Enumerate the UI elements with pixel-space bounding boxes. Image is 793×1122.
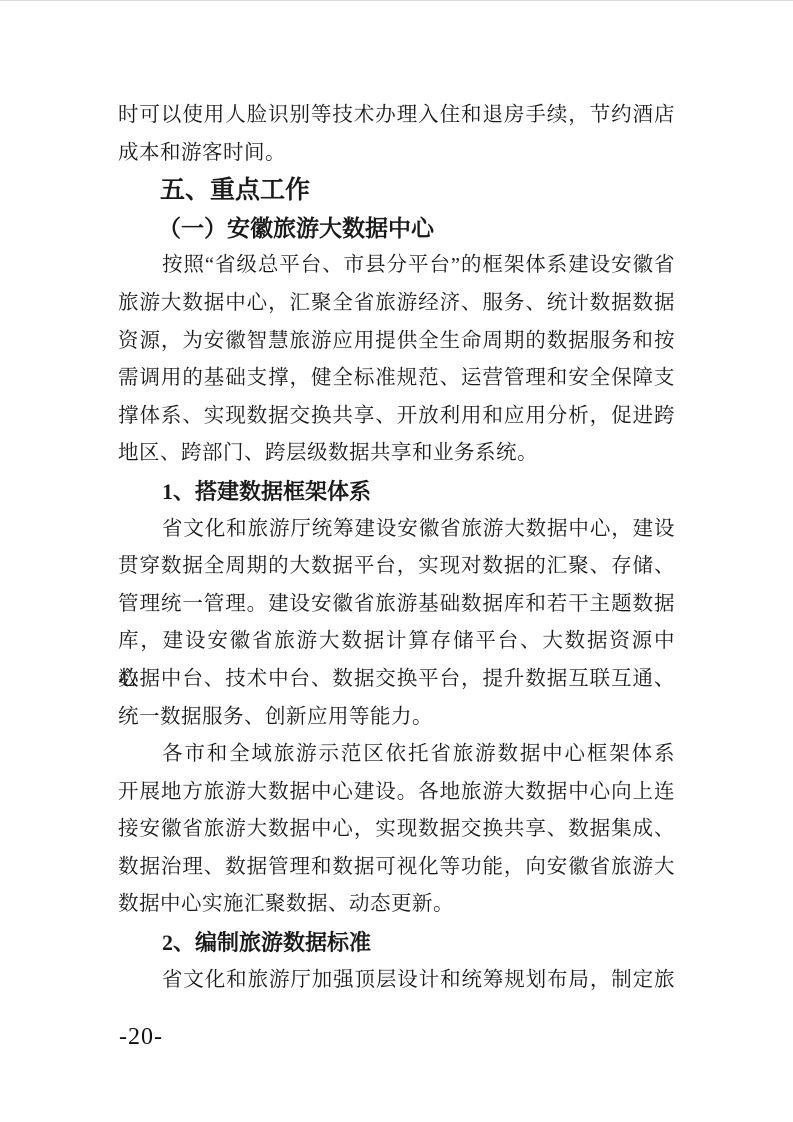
body-line: 按照“省级总平台、市县分平台”的框架体系建设安徽省: [118, 247, 675, 285]
body-line: 时可以使用人脸识别等技术办理入住和退房手续，节约酒店: [118, 97, 675, 135]
scan-edge-line: [0, 0, 793, 1]
subsection-heading: （一）安徽旅游大数据中心: [118, 210, 675, 248]
body-line: 省文化和旅游厅加强顶层设计和统筹规划布局，制定旅: [118, 962, 675, 1000]
body-line: 库，建设安徽省旅游大数据计算存储平台、大数据资源中心、: [118, 623, 675, 661]
body-line: 撑体系、实现数据交换共享、开放利用和应用分析，促进跨: [118, 398, 675, 436]
body-line: 开展地方旅游大数据中心建设。各地旅游大数据中心向上连: [118, 774, 675, 812]
body-line: 省文化和旅游厅统筹建设安徽省旅游大数据中心，建设: [118, 511, 675, 549]
body-line: 需调用的基础支撑，健全标准规范、运营管理和安全保障支: [118, 360, 675, 398]
body-line: 数据治理、数据管理和数据可视化等功能，向安徽省旅游大: [118, 849, 675, 887]
body-line: 地区、跨部门、跨层级数据共享和业务系统。: [118, 435, 675, 473]
body-line: 成本和游客时间。: [118, 135, 675, 173]
document-page: 时可以使用人脸识别等技术办理入住和退房手续，节约酒店成本和游客时间。五、重点工作…: [0, 0, 793, 1122]
body-line: 统一数据服务、创新应用等能力。: [118, 699, 675, 737]
body-line: 接安徽省旅游大数据中心，实现数据交换共享、数据集成、: [118, 811, 675, 849]
body-line: 贯穿数据全周期的大数据平台，实现对数据的汇聚、存储、: [118, 548, 675, 586]
body-line: 资源，为安徽智慧旅游应用提供全生命周期的数据服务和按: [118, 323, 675, 361]
document-content: 时可以使用人脸识别等技术办理入住和退房手续，节约酒店成本和游客时间。五、重点工作…: [118, 97, 675, 999]
numbered-heading-1: 1、搭建数据框架体系: [118, 473, 675, 511]
section-heading: 五、重点工作: [118, 172, 675, 210]
body-line: 数据中心实施汇聚数据、动态更新。: [118, 886, 675, 924]
body-line: 旅游大数据中心，汇聚全省旅游经济、服务、统计数据数据: [118, 285, 675, 323]
numbered-heading-2: 2、编制旅游数据标准: [118, 924, 675, 962]
body-line: 管理统一管理。建设安徽省旅游基础数据库和若干主题数据: [118, 586, 675, 624]
page-number: -20-: [119, 1022, 163, 1052]
body-line: 各市和全域旅游示范区依托省旅游数据中心框架体系: [118, 736, 675, 774]
body-line: 数据中台、技术中台、数据交换平台，提升数据互联互通、: [118, 661, 675, 699]
